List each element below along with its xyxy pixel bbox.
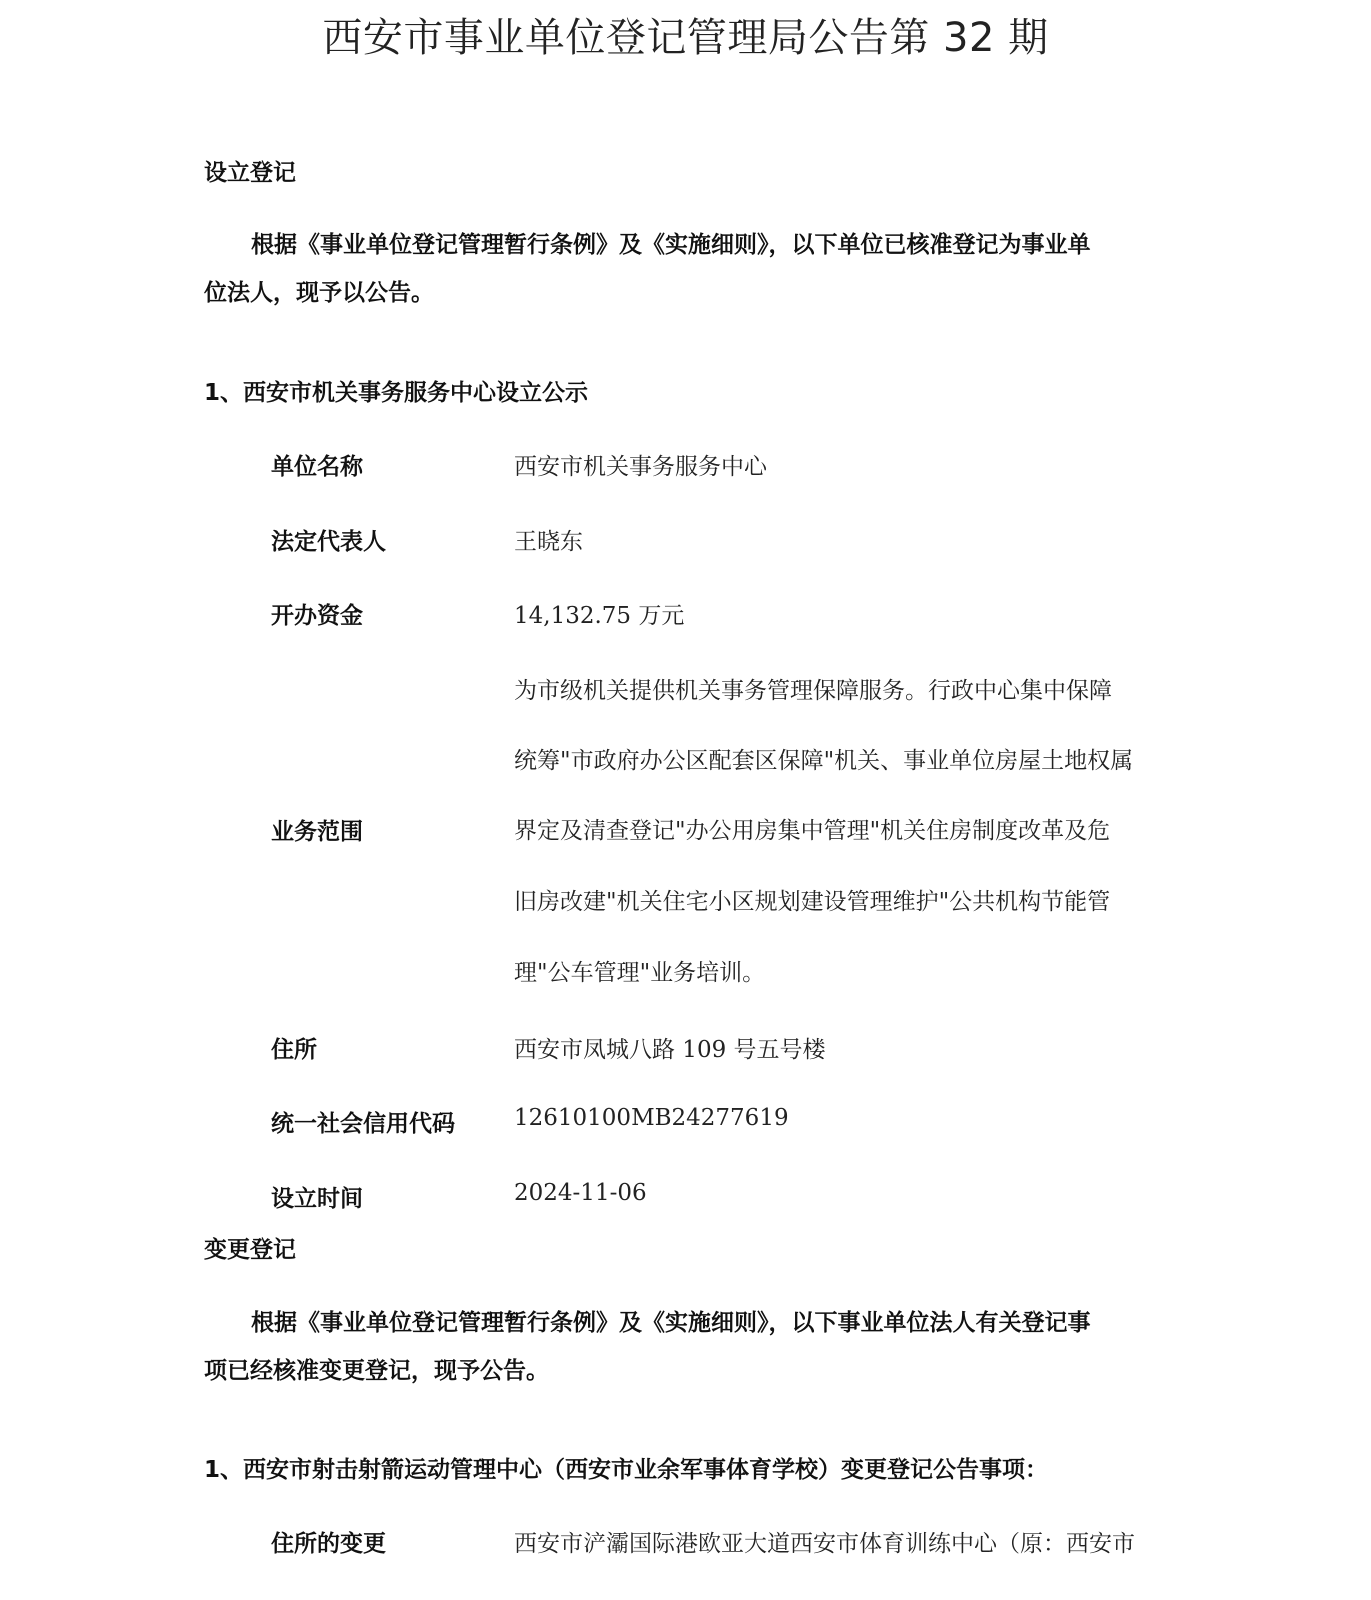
field-label-business-scope: 业务范围 [271,813,363,846]
section-heading-change: 变更登记 [204,1231,296,1264]
field-value-address-change: 西安市浐灞国际港欧亚大道西安市体育训练中心（原：西安市 [514,1525,1135,1558]
document-title: 西安市事业单位登记管理局公告第 32 期 [0,8,1371,68]
field-label-capital: 开办资金 [271,597,363,630]
field-label-established-date: 设立时间 [271,1180,363,1213]
field-value-business-scope-line-5: 理"公车管理"业务培训。 [514,954,765,987]
field-value-business-scope-line-2: 统筹"市政府办公区配套区保障"机关、事业单位房屋土地权属 [514,742,1133,775]
field-value-credit-code: 12610100MB24277619 [514,1105,789,1131]
establishment-intro-line-2: 位法人，现予以公告。 [204,274,434,307]
field-value-business-scope-line-3: 界定及清查登记"办公用房集中管理"机关住房制度改革及危 [514,812,1110,845]
field-value-address: 西安市凤城八路 109 号五号楼 [514,1031,826,1064]
field-value-capital: 14,132.75 万元 [514,597,684,630]
establishment-intro-line-1: 根据《事业单位登记管理暂行条例》及《实施细则》，以下单位已核准登记为事业单 [251,226,1091,259]
change-intro-line-1: 根据《事业单位登记管理暂行条例》及《实施细则》，以下事业单位法人有关登记事 [251,1304,1091,1337]
field-label-address: 住所 [271,1031,317,1064]
field-value-business-scope-line-1: 为市级机关提供机关事务管理保障服务。行政中心集中保障 [514,672,1112,705]
change-item-title: 1、西安市射击射箭运动管理中心（西安市业余军事体育学校）变更登记公告事项： [204,1451,1048,1484]
establishment-item-title: 1、西安市机关事务服务中心设立公示 [204,374,588,407]
field-value-established-date: 2024-11-06 [514,1180,647,1206]
field-value-business-scope-line-4: 旧房改建"机关住宅小区规划建设管理维护"公共机构节能管 [514,883,1110,916]
field-label-address-change: 住所的变更 [271,1525,386,1558]
section-heading-establishment: 设立登记 [204,154,296,187]
field-label-credit-code: 统一社会信用代码 [271,1105,455,1138]
field-label-legal-rep: 法定代表人 [271,523,386,556]
field-value-legal-rep: 王晓东 [514,523,583,556]
change-intro-line-2: 项已经核准变更登记，现予公告。 [204,1352,549,1385]
field-label-unit-name: 单位名称 [271,448,363,481]
field-value-unit-name: 西安市机关事务服务中心 [514,448,767,481]
